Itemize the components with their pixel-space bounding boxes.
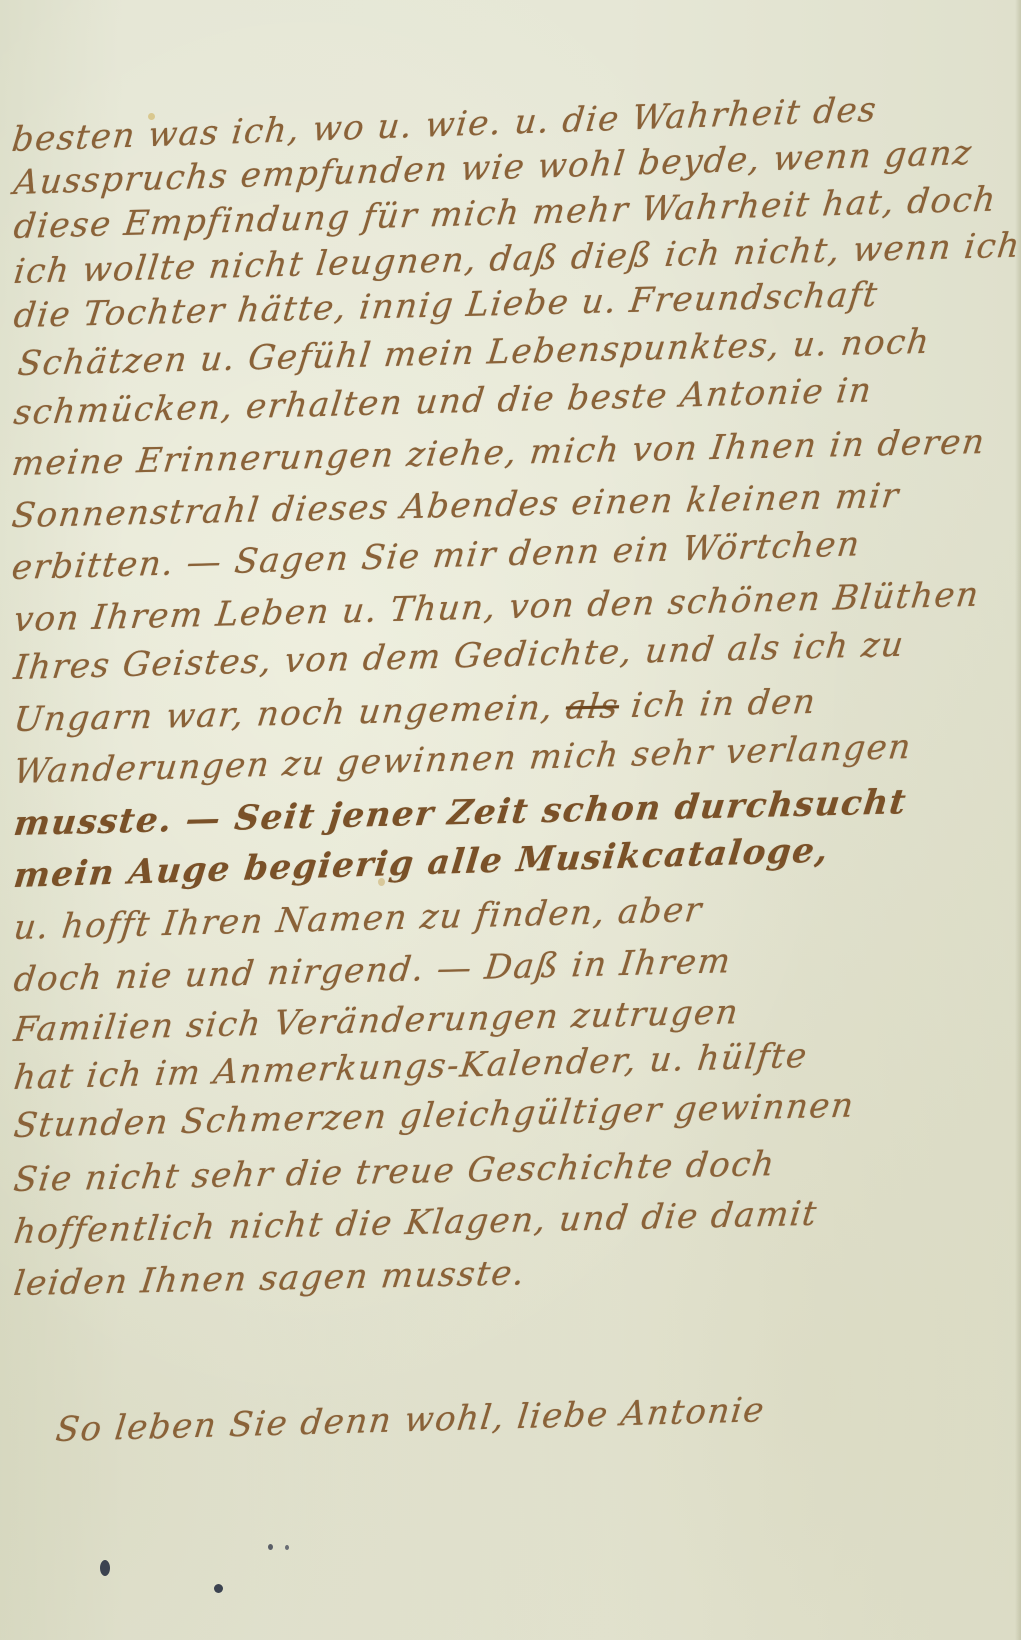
ink-spot xyxy=(268,1544,273,1550)
handwritten-line: Ungarn war, noch ungemein, als ich in de… xyxy=(12,682,819,740)
ink-spot xyxy=(214,1584,223,1593)
foxing-spot xyxy=(378,878,385,886)
handwritten-line: u. hofft Ihren Namen zu finden, aber xyxy=(12,890,705,948)
handwritten-line: doch nie und nirgend. — Daß in Ihrem xyxy=(12,941,734,1000)
crossed-out-word: als xyxy=(564,686,622,727)
handwritten-line: Sie nicht sehr die treue Geschichte doch xyxy=(12,1144,778,1200)
handwritten-line: leiden Ihnen sagen musste. xyxy=(12,1253,528,1304)
ink-spot xyxy=(100,1560,110,1576)
handwritten-line: hoffentlich nicht die Klagen, und die da… xyxy=(12,1194,820,1252)
handwritten-line: meine Erinnerungen ziehe, mich von Ihnen… xyxy=(10,422,988,484)
foxing-spot xyxy=(148,113,155,120)
ink-spot xyxy=(285,1545,289,1550)
handwritten-line: erbitten. — Sagen Sie mir denn ein Wörtc… xyxy=(10,524,863,588)
letter-closing: So leben Sie denn wohl, liebe Antonie xyxy=(54,1390,767,1450)
letter-page: besten was ich, wo u. wie. u. die Wahrhe… xyxy=(0,0,1021,1640)
